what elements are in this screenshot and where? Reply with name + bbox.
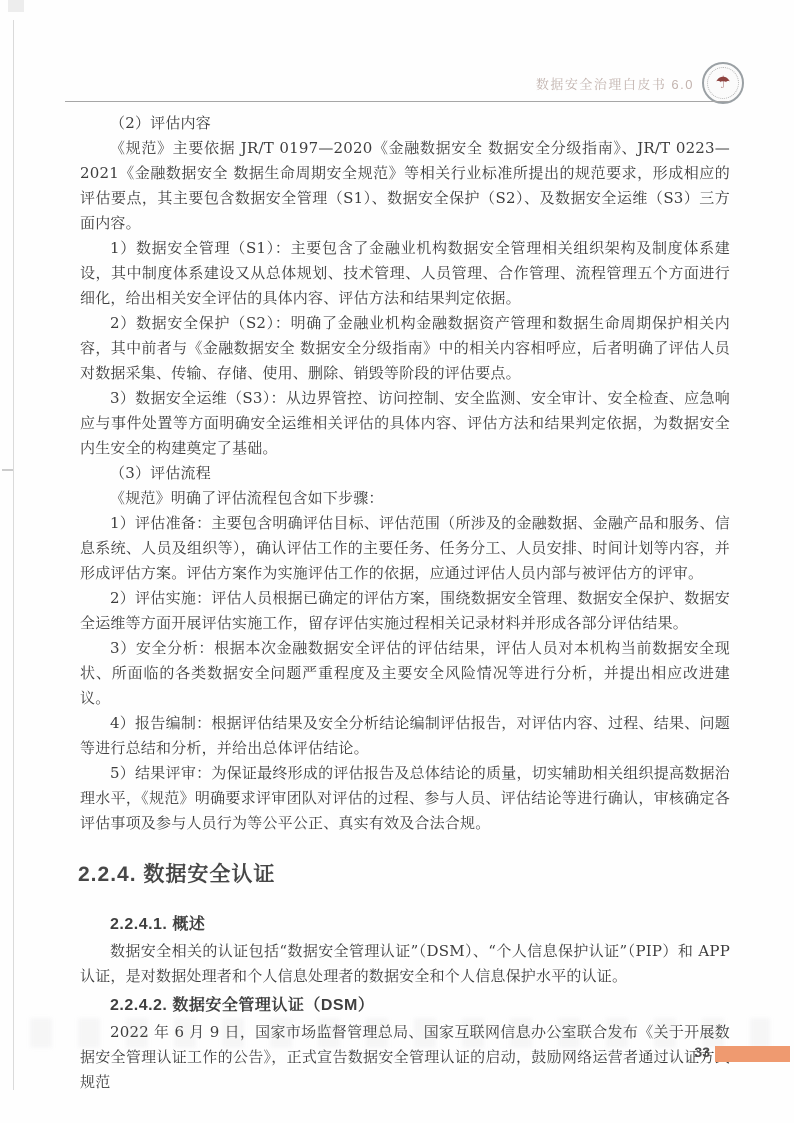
body-paragraph: （2）评估内容 [80,111,730,136]
logo-ring: ☂ [707,67,739,99]
page-body: （2）评估内容《规范》主要依据 JR/T 0197—2020《金融数据安全 数据… [80,111,730,1095]
body-paragraph: 数据安全相关的认证包括“数据安全管理认证”（DSM）、“个人信息保护认证”（PI… [80,939,730,989]
scan-smudge [8,0,24,12]
umbrella-icon: ☂ [715,74,730,91]
body-paragraph: 《规范》明确了评估流程包含如下步骤： [80,486,730,511]
document-page: 数据安全治理白皮书 6.0 ☂ （2）评估内容《规范》主要依据 JR/T 019… [0,0,794,1123]
body-paragraph: 《规范》主要依据 JR/T 0197—2020《金融数据安全 数据安全分级指南》… [80,136,730,236]
page-number: 33 [694,1044,710,1060]
body-paragraph: 1）数据安全管理（S1）：主要包含了金融业机构数据安全管理相关组织架构及制度体系… [80,236,730,311]
body-paragraph: 2022 年 6 月 9 日，国家市场监督管理总局、国家互联网信息办公室联合发布… [80,1020,730,1095]
body-paragraph: 1）评估准备：主要包含明确评估目标、评估范围（所涉及的金融数据、金融产品和服务、… [80,511,730,586]
binding-scan-line [13,20,14,1090]
body-paragraph: 5）结果评审：为保证最终形成的评估报告及总体结论的质量，切实辅助相关组织提高数据… [80,761,730,836]
header-rule [65,101,730,102]
body-paragraph: （3）评估流程 [80,461,730,486]
body-paragraph: 2）数据安全保护（S2）：明确了金融业机构金融数据资产管理和数据生命周期保护相关… [80,311,730,386]
body-paragraph: 2）评估实施：评估人员根据已确定的评估方案，围绕数据安全管理、数据安全保护、数据… [80,586,730,636]
subsection-heading: 2.2.4.2. 数据安全管理认证（DSM） [80,993,730,1018]
page-accent-bar [715,1046,790,1062]
header-title: 数据安全治理白皮书 6.0 [536,74,694,93]
subsection-heading: 2.2.4.1. 概述 [80,912,730,937]
body-paragraph: 3）数据安全运维（S3）：从边界管控、访问控制、安全监测、安全审计、安全检查、应… [80,386,730,461]
section-heading: 2.2.4. 数据安全认证 [78,860,730,890]
body-paragraph: 4）报告编制：根据评估结果及安全分析结论编制评估报告，对评估内容、过程、结果、问… [80,711,730,761]
whitepaper-logo: ☂ [702,62,744,104]
scan-tick [2,469,13,471]
body-paragraph: 3）安全分析：根据本次金融数据安全评估的评估结果，评估人员对本机构当前数据安全现… [80,636,730,711]
